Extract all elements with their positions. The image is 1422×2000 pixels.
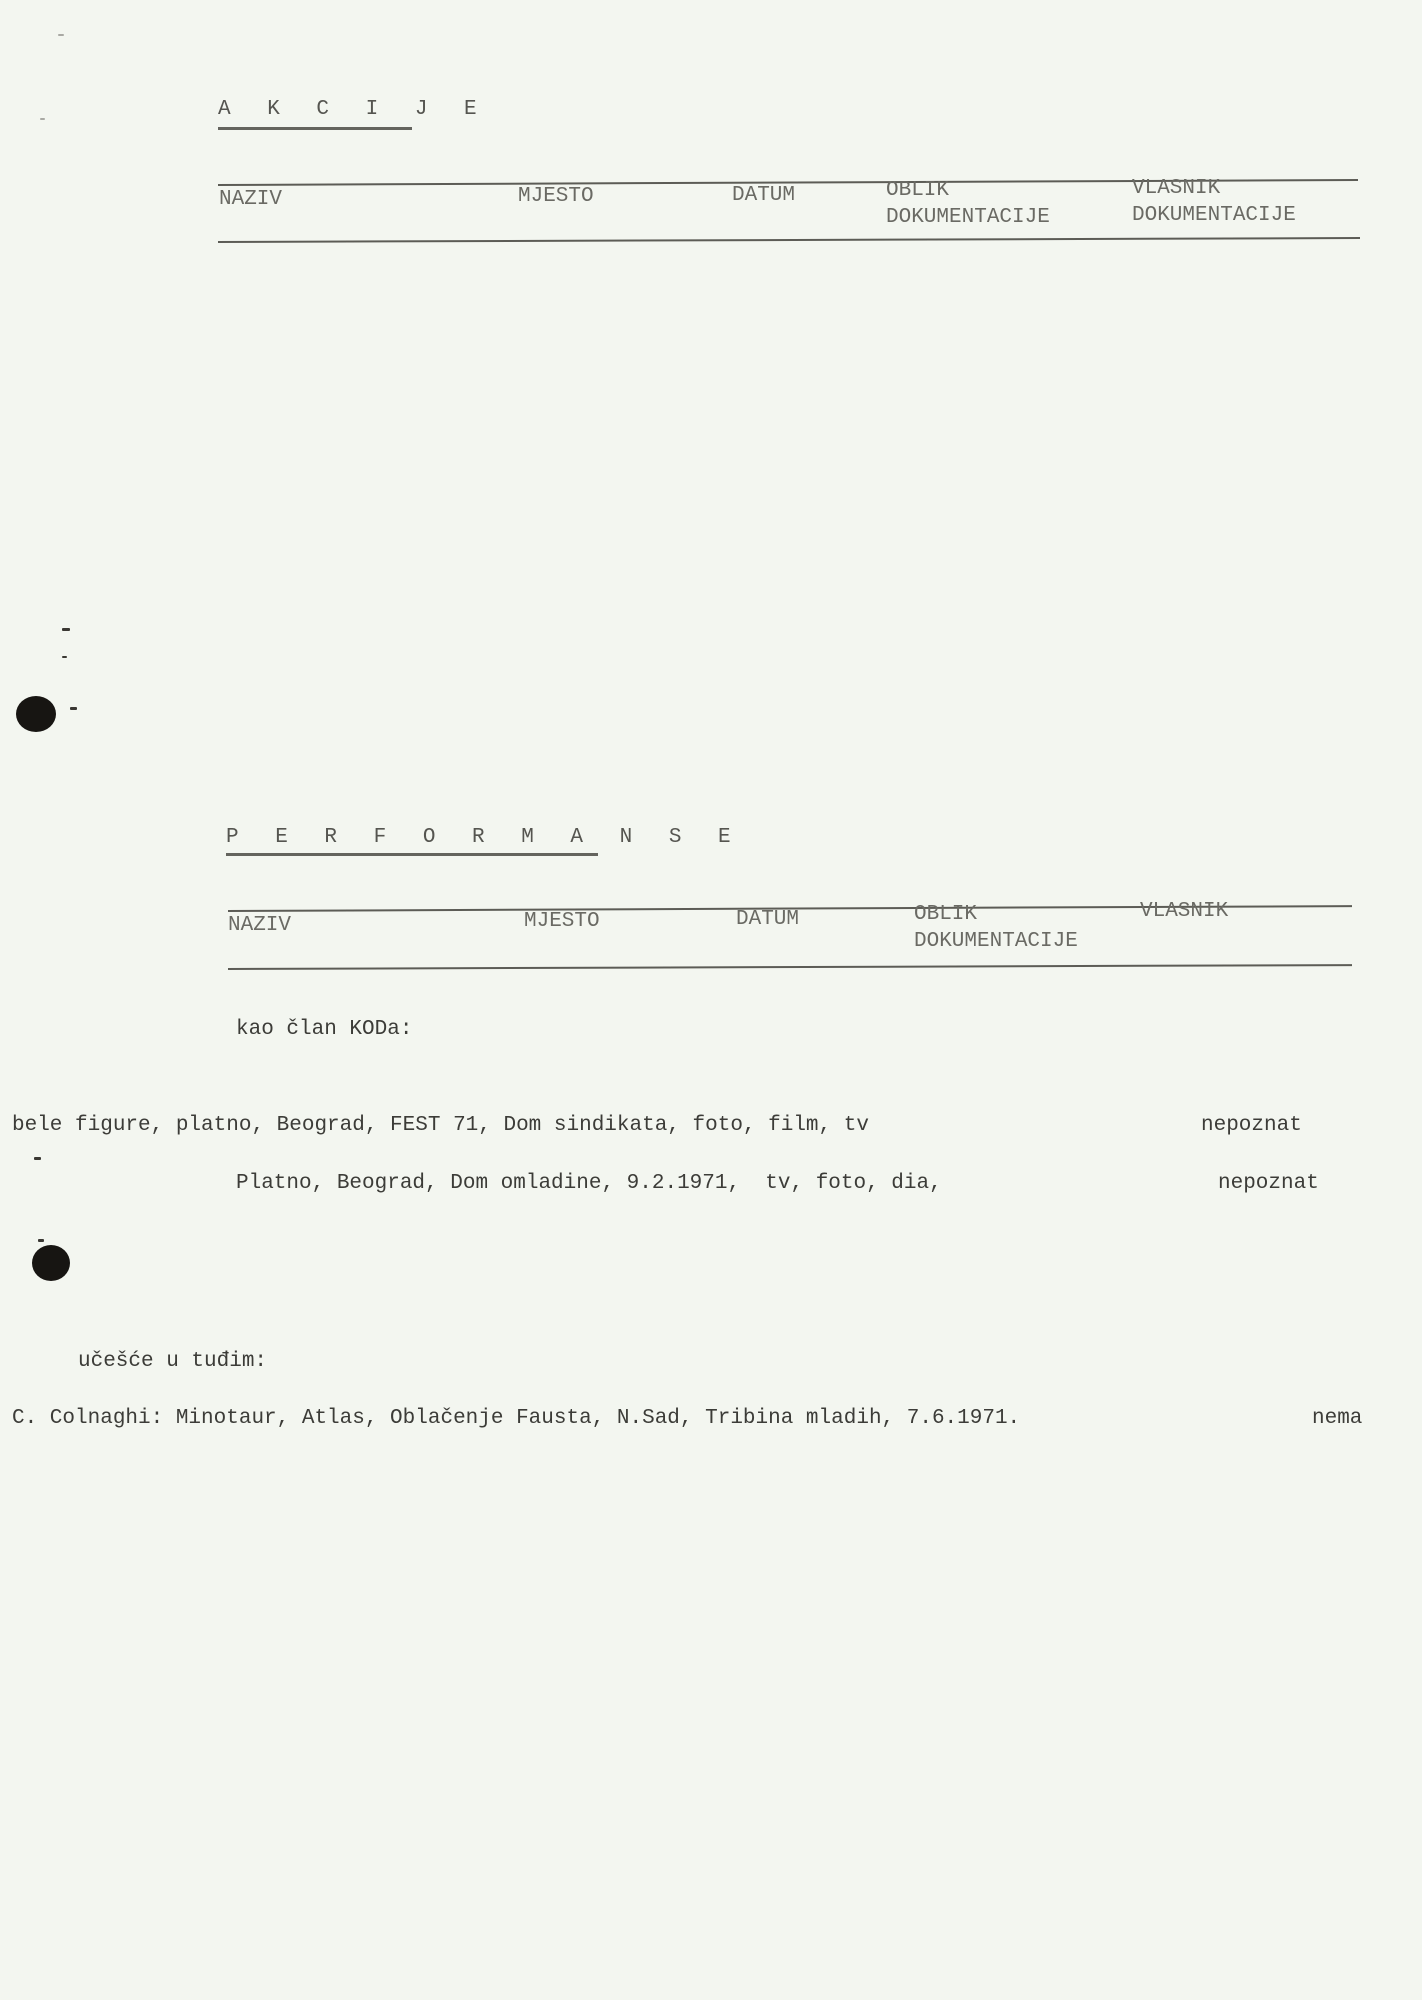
entry-text: Platno, Beograd, Dom omladine, 9.2.1971,… (236, 1172, 942, 1195)
section-title-akcije: A K C I J E (218, 98, 489, 121)
header-vlasnik-line1: VLASNIK (1140, 900, 1228, 923)
title-underline (218, 127, 412, 130)
header-oblik-line2: DOKUMENTACIJE (914, 930, 1078, 953)
speck (40, 118, 45, 120)
speck (70, 707, 77, 710)
entry-text: C. Colnaghi: Minotaur, Atlas, Oblačenje … (12, 1407, 1020, 1430)
header-datum: DATUM (732, 184, 795, 207)
header-naziv: NAZIV (228, 914, 291, 937)
header-oblik-line1: OBLIK (914, 903, 977, 926)
speck (58, 34, 64, 36)
entry-owner: nema (1312, 1407, 1362, 1430)
header-datum: DATUM (736, 908, 799, 931)
punch-hole (32, 1245, 70, 1281)
speck (62, 628, 70, 631)
header-vlasnik-line1: VLASNIK (1132, 177, 1220, 200)
header-oblik-line1: OBLIK (886, 179, 949, 202)
speck (62, 656, 67, 658)
group-label-tudjim: učešće u tuđim: (78, 1350, 267, 1373)
table-rule-bottom (218, 237, 1360, 243)
entry-text: bele figure, platno, Beograd, FEST 71, D… (12, 1114, 869, 1137)
table-rule-bottom (228, 964, 1352, 970)
header-mjesto: MJESTO (518, 185, 594, 208)
speck (34, 1157, 41, 1160)
header-vlasnik-line2: DOKUMENTACIJE (1132, 204, 1296, 227)
group-label-kod: kao član KODa: (236, 1018, 412, 1041)
header-mjesto: MJESTO (524, 910, 600, 933)
entry-owner: nepoznat (1218, 1172, 1319, 1195)
punch-hole (16, 696, 56, 732)
speck (38, 1239, 44, 1242)
header-naziv: NAZIV (219, 188, 282, 211)
section-title-performanse: P E R F O R M A N S E (226, 826, 743, 849)
entry-owner: nepoznat (1201, 1114, 1302, 1137)
header-oblik-line2: DOKUMENTACIJE (886, 206, 1050, 229)
title-underline (226, 853, 598, 856)
